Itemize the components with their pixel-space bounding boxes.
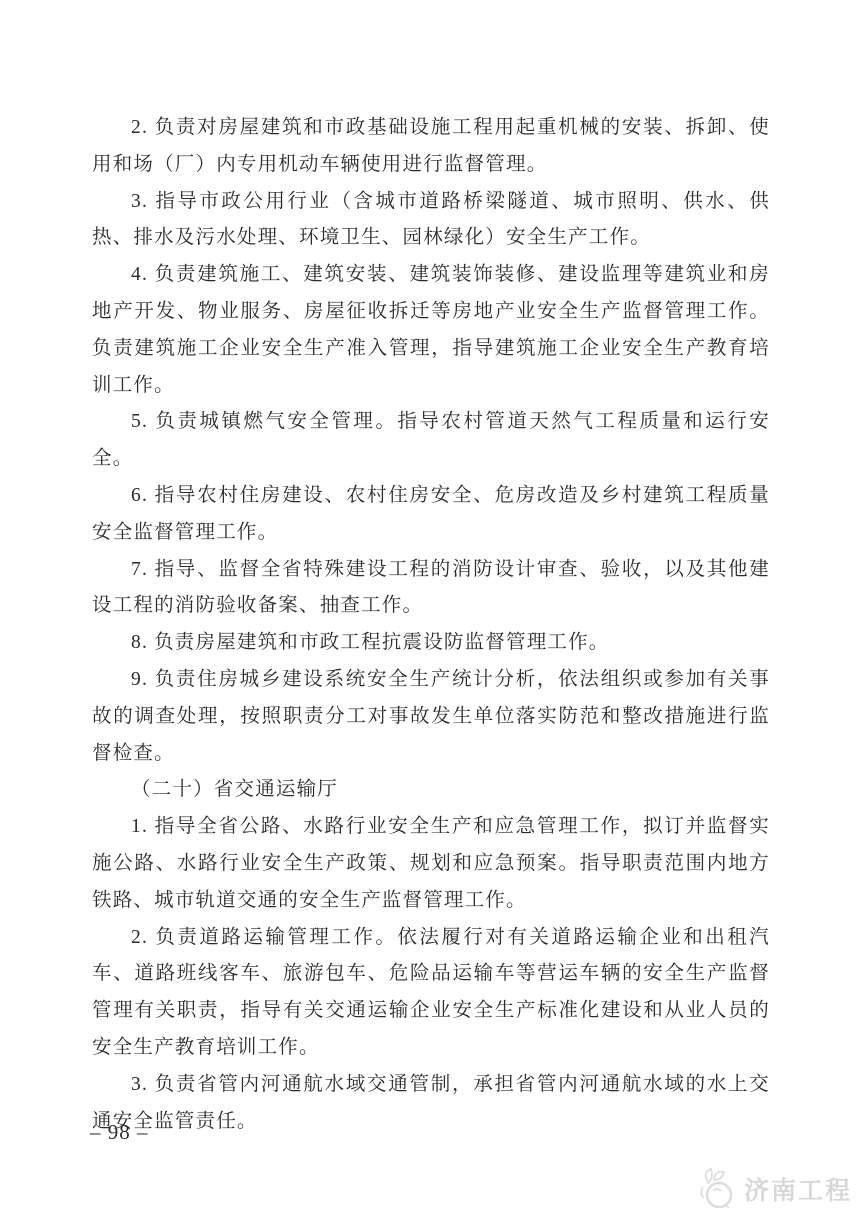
list-item: 8. 负责房屋建筑和市政工程抗震设防监督管理工作。 [92, 625, 770, 662]
list-item: 3. 负责省管内河通航水域交通管制，承担省管内河通航水域的水上交通安全监管责任。 [92, 1067, 770, 1141]
list-item: 7. 指导、监督全省特殊建设工程的消防设计审查、验收，以及其他建设工程的消防验收… [92, 552, 770, 626]
list-item: 9. 负责住房城乡建设系统安全生产统计分析，依法组织或参加有关事故的调查处理，按… [92, 662, 770, 772]
document-page: 2. 负责对房屋建筑和市政基础设施工程用起重机械的安装、拆卸、使用和场（厂）内专… [0, 0, 856, 1225]
list-item: 5. 负责城镇燃气安全管理。指导农村管道天然气工程质量和运行安全。 [92, 404, 770, 478]
document-body: 2. 负责对房屋建筑和市政基础设施工程用起重机械的安装、拆卸、使用和场（厂）内专… [92, 110, 770, 1140]
list-item: 2. 负责对房屋建筑和市政基础设施工程用起重机械的安装、拆卸、使用和场（厂）内专… [92, 110, 770, 184]
list-item: 4. 负责建筑施工、建筑安装、建筑装饰装修、建设监理等建筑业和房地产开发、物业服… [92, 257, 770, 404]
list-item: 2. 负责道路运输管理工作。依法履行对有关道路运输企业和出租汽车、道路班线客车、… [92, 920, 770, 1067]
section-heading: （二十）省交通运输厅 [92, 772, 770, 809]
watermark: 济南工程 [697, 1164, 852, 1214]
list-item: 3. 指导市政公用行业（含城市道路桥梁隧道、城市照明、供水、供热、排水及污水处理… [92, 184, 770, 258]
list-item: 1. 指导全省公路、水路行业安全生产和应急管理工作，拟订并监督实施公路、水路行业… [92, 809, 770, 919]
list-item: 6. 指导农村住房建设、农村住房安全、危房改造及乡村建筑工程质量安全监督管理工作… [92, 478, 770, 552]
publisher-logo-icon [697, 1164, 739, 1214]
page-number: – 98 – [90, 1120, 149, 1145]
watermark-text: 济南工程 [744, 1171, 852, 1207]
